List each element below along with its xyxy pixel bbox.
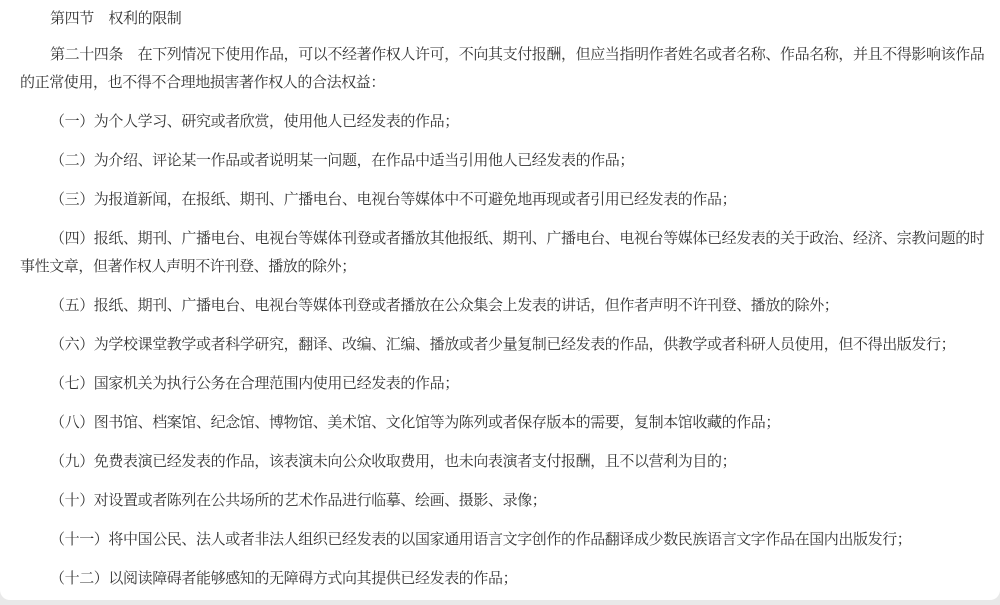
section-heading: 第四节 权利的限制 <box>20 5 985 33</box>
clause-item-2: （二）为介绍、评论某一作品或者说明某一问题，在作品中适当引用他人已经发表的作品； <box>20 147 985 175</box>
clause-item-5: （五）报纸、期刊、广播电台、电视台等媒体刊登或者播放在公众集会上发表的讲话，但作… <box>20 292 985 320</box>
legal-text-body: 第四节 权利的限制 第二十四条 在下列情况下使用作品，可以不经著作权人许可，不向… <box>20 5 985 593</box>
clause-item-11: （十一）将中国公民、法人或者非法人组织已经发表的以国家通用语言文字创作的作品翻译… <box>20 526 985 554</box>
clause-item-9: （九）免费表演已经发表的作品，该表演未向公众收取费用，也未向表演者支付报酬，且不… <box>20 448 985 476</box>
article-intro-paragraph: 第二十四条 在下列情况下使用作品，可以不经著作权人许可，不向其支付报酬，但应当指… <box>20 41 985 97</box>
clause-item-6: （六）为学校课堂教学或者科学研究，翻译、改编、汇编、播放或者少量复制已经发表的作… <box>20 331 985 359</box>
clause-item-12: （十二）以阅读障碍者能够感知的无障碍方式向其提供已经发表的作品； <box>20 565 985 593</box>
clause-item-8: （八）图书馆、档案馆、纪念馆、博物馆、美术馆、文化馆等为陈列或者保存版本的需要，… <box>20 409 985 437</box>
clause-item-7: （七）国家机关为执行公务在合理范围内使用已经发表的作品； <box>20 370 985 398</box>
document-page: 第四节 权利的限制 第二十四条 在下列情况下使用作品，可以不经著作权人许可，不向… <box>0 0 1000 600</box>
clause-item-3: （三）为报道新闻，在报纸、期刊、广播电台、电视台等媒体中不可避免地再现或者引用已… <box>20 186 985 214</box>
clause-item-1: （一）为个人学习、研究或者欣赏，使用他人已经发表的作品； <box>20 108 985 136</box>
clause-item-4: （四）报纸、期刊、广播电台、电视台等媒体刊登或者播放其他报纸、期刊、广播电台、电… <box>20 225 985 281</box>
clause-item-10: （十）对设置或者陈列在公共场所的艺术作品进行临摹、绘画、摄影、录像； <box>20 487 985 515</box>
